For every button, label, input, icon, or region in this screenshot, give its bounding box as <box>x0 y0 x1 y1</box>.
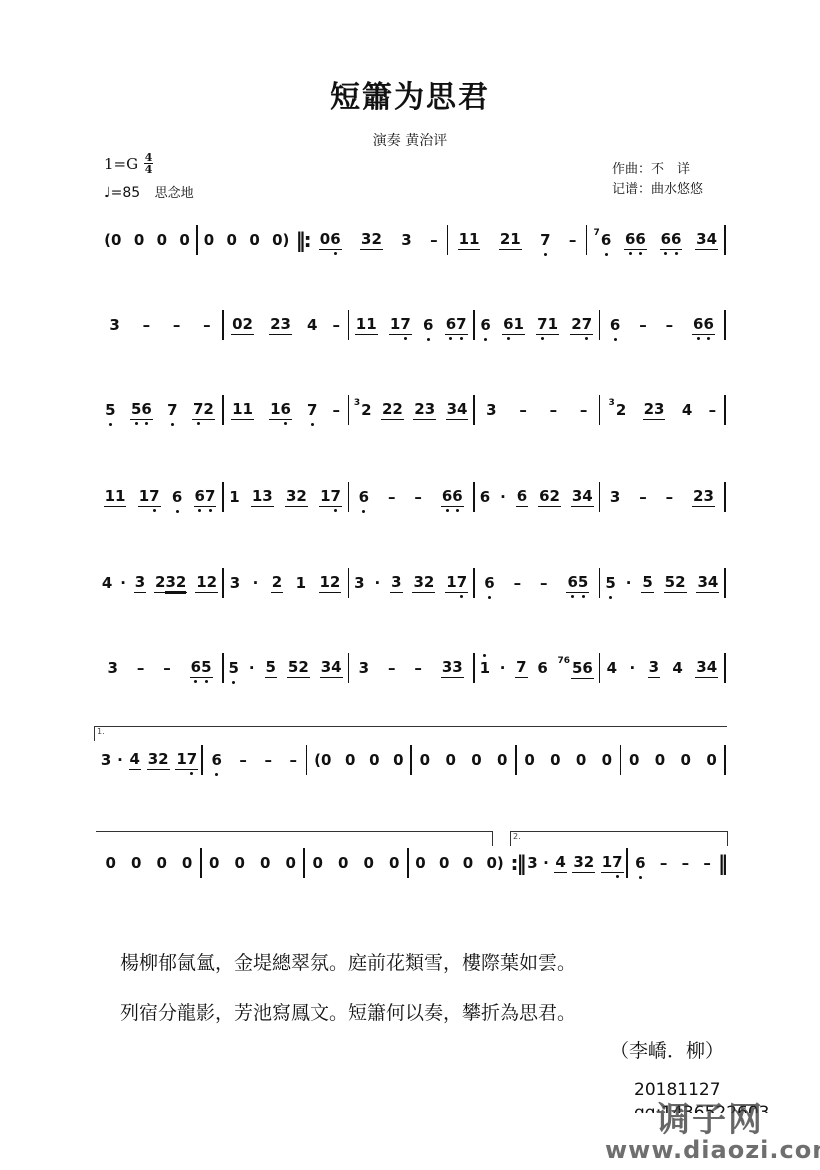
measure: 11167– <box>224 390 348 430</box>
measure: 6·66234 <box>475 477 599 517</box>
measure: 1117667 <box>98 477 222 517</box>
score-row-2: 3––– 02234– 1117667 6617127 6––66 <box>98 305 726 345</box>
measure: 0000 <box>412 740 515 780</box>
measure: 6––66 <box>600 305 724 345</box>
lyrics-line-2: 列宿分龍影，芳池寫鳳文。短簫何以奏，攀折為思君。 <box>120 988 576 1038</box>
measure: 3·33217 <box>349 563 473 603</box>
credits: 作曲：不 详 记谱：曲水悠悠 <box>612 160 703 200</box>
measure: 02234– <box>224 305 348 345</box>
measure: 32234– <box>600 390 724 430</box>
measure: 6––– <box>203 740 306 780</box>
measure: 3––– <box>475 390 599 430</box>
measure: 06323– <box>310 220 447 260</box>
final-barline: ‖ <box>718 851 726 875</box>
volta-1-bracket: 1. <box>94 726 727 741</box>
score-row-7: 3·43217 6––– (0000 0000 0000 0000 <box>98 740 726 780</box>
expression-mark: 思念地 <box>155 186 194 201</box>
tempo-value: ♩=85 <box>104 185 140 201</box>
measure: 6617127 <box>475 305 599 345</box>
measure: 3––23 <box>600 477 724 517</box>
measure: 3––– <box>98 305 222 345</box>
poem-lyrics: 楊柳郁氤氳，金堤總翠氛。庭前花類雪，樓際葉如雲。 列宿分龍影，芳池寫鳳文。短簫何… <box>120 938 576 1038</box>
measure: 3·2112 <box>224 563 348 603</box>
key-label: 1=G <box>104 155 138 173</box>
measure: 1·767656 <box>475 648 599 688</box>
measure: (0000 <box>307 740 410 780</box>
lyrics-line-1: 楊柳郁氤氳，金堤總翠氛。庭前花類雪，樓際葉如雲。 <box>120 938 576 988</box>
transcriber: 记谱：曲水悠悠 <box>612 180 703 200</box>
measure: 3·43217 <box>524 843 626 883</box>
repeat-start-sign: ‖: <box>296 228 310 252</box>
measure: 0000 <box>621 740 724 780</box>
measure: 6––66 <box>349 477 473 517</box>
watermark-url: www.diaozi.com <box>605 1136 820 1164</box>
score-row-5: 4·323212 3·2112 3·33217 6––65 5·55234 <box>98 563 726 603</box>
poem-attribution: （李嶠．柳） <box>610 1036 724 1063</box>
measure: 0000) <box>198 220 296 260</box>
score-row-8: 0000 0000 0000 0000) :‖ 3·43217 6––– ‖ <box>98 843 726 883</box>
measure: 5·55234 <box>600 563 724 603</box>
measure: 4·3434 <box>600 648 724 688</box>
measure: 1133217 <box>224 477 348 517</box>
score-row-4: 1117667 1133217 6––66 6·66234 3––23 <box>98 477 726 517</box>
measure: 11217– <box>448 220 585 260</box>
measure: 6––– <box>628 843 718 883</box>
score-row-3: 556772 11167– 32222334 3––– 32234– <box>98 390 726 430</box>
measure: 0000 <box>305 843 407 883</box>
score-title: 短簫为思君 <box>0 72 820 116</box>
score-row-6: 3––65 5·55234 3––33 1·767656 4·3434 <box>98 648 726 688</box>
measure: 0000 <box>202 843 304 883</box>
watermark-logo: 调子网 <box>656 1092 764 1141</box>
measure: 0000 <box>98 843 200 883</box>
measure: 76666634 <box>587 220 724 260</box>
composer: 作曲：不 详 <box>612 160 703 180</box>
measure: 556772 <box>98 390 222 430</box>
measure: 5·55234 <box>224 648 348 688</box>
measure: 4·323212 <box>98 563 222 603</box>
tempo-marking: ♩=85 思念地 <box>104 182 194 201</box>
measure: 0000 <box>517 740 620 780</box>
measure: 1117667 <box>349 305 473 345</box>
measure: 32222334 <box>349 390 473 430</box>
performer: 演奏 黄治评 <box>0 130 820 150</box>
measure: (0000 <box>98 220 196 260</box>
key-signature: 1=G 4 4 <box>104 152 153 175</box>
measure: 3·43217 <box>98 740 201 780</box>
measure: 3––33 <box>349 648 473 688</box>
measure: 6––65 <box>475 563 599 603</box>
repeat-end-sign: :‖ <box>510 851 524 875</box>
time-signature: 4 4 <box>144 152 153 175</box>
measure: 3––65 <box>98 648 222 688</box>
score-row-1: (0000 0000) ‖: 06323– 11217– 76666634 <box>98 220 726 260</box>
measure: 0000) <box>409 843 511 883</box>
